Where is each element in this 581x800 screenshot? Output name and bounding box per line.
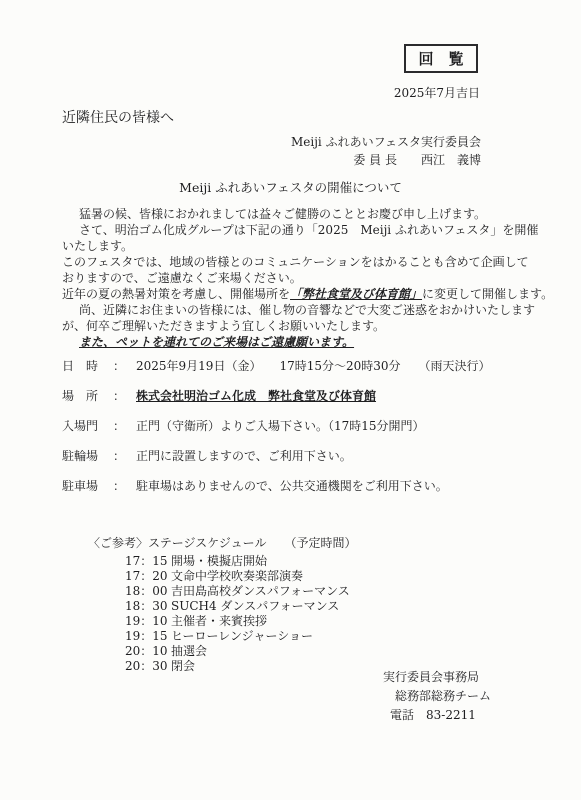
schedule-item: 20：10抽選会 (88, 644, 356, 659)
event-details: 日 時：2025年9月19日（金） 17時15分～20時30分 （雨天決行） 場… (62, 358, 491, 508)
info-row-parking: 駐車場：駐車場はありませんので、公共交通機関をご利用下さい。 (62, 478, 491, 494)
info-separator: ： (102, 388, 136, 404)
schedule-time: 17：20 (125, 569, 171, 584)
body-text: 尚、近隣にお住まいの皆様には、催し物の音響などで大変ご迷惑をおかけいたします (79, 303, 535, 317)
body-text: さて、明治ゴム化成グループは下記の通り「2025 Meiji ふれあいフェスタ」… (79, 223, 538, 237)
info-separator: ： (102, 418, 136, 434)
info-row-place: 場 所：株式会社明治ゴム化成 弊社食堂及び体育館 (62, 388, 491, 404)
pets-notice: また、ペットを連れてのご来場はご遠慮願います。 (79, 335, 354, 349)
circulation-stamp-box: 回 覧 (404, 44, 478, 73)
sender-block: Meiji ふれあいフェスタ実行委員会 委 員 長 西江 義博 (291, 133, 481, 169)
body-line: おりますので、ご遠慮なくご来場ください。 (62, 270, 532, 286)
body-text: このフェスタでは、地域の皆様とのコミュニケーションをはかることも含めて企画して (62, 255, 529, 269)
schedule-item: 20：30閉会 (88, 659, 356, 674)
info-value: 正門に設置しますので、ご利用下さい。 (136, 449, 352, 463)
circulation-stamp-label: 回 覧 (418, 48, 463, 69)
schedule-event: 吉田島高校ダンスパフォーマンス (171, 584, 350, 598)
info-label: 駐車場 (62, 478, 102, 494)
schedule-event: 抽選会 (171, 644, 207, 658)
schedule-item: 17：20文命中学校吹奏楽部演奏 (88, 569, 356, 584)
schedule-time: 20：30 (125, 659, 171, 674)
contact-block: 実行委員会事務局 総務部総務チーム 電話 83-2211 (383, 668, 491, 725)
schedule-item: 18：30SUCH4 ダンスパフォーマンス (88, 599, 356, 614)
schedule-time: 18：00 (125, 584, 171, 599)
schedule-item: 19：15ヒーローレンジャーショー (88, 629, 356, 644)
body-text: いたします。 (62, 239, 133, 253)
info-separator: ： (102, 358, 136, 374)
body-line: が、何卒ご理解いただきますよう宜しくお願いいたします。 (62, 318, 532, 334)
venue-emphasis: 「弊社食堂及び体育館」 (290, 287, 422, 301)
document-page: 回 覧 2025年7月吉日 近隣住民の皆様へ Meiji ふれあいフェスタ実行委… (0, 0, 581, 800)
body-line: 尚、近隣にお住まいの皆様には、催し物の音響などで大変ご迷惑をおかけいたします (62, 302, 532, 318)
info-value: 2025年9月19日（金） 17時15分～20時30分 （雨天決行） (136, 359, 491, 373)
body-line: 近年の夏の熱暑対策を考慮し、開催場所を「弊社食堂及び体育館」に変更して開催します… (62, 286, 532, 302)
body-line: 猛暑の候、皆様におかれましては益々ご健勝のこととお慶び申し上げます。 (62, 206, 532, 222)
info-value: 駐車場はありませんので、公共交通機関をご利用下さい。 (136, 479, 448, 493)
info-label: 日 時 (62, 358, 102, 374)
body-text: に変更して開催します。 (422, 287, 553, 301)
schedule-event: SUCH4 ダンスパフォーマンス (171, 599, 339, 613)
schedule-event: 開場・模擬店開始 (171, 554, 267, 568)
schedule-item: 18：00吉田島高校ダンスパフォーマンス (88, 584, 356, 599)
schedule-event: ヒーローレンジャーショー (171, 629, 313, 643)
schedule-event: 主催者・来賓挨拶 (171, 614, 267, 628)
info-row-gate: 入場門：正門（守衛所）よりご入場下さい。（17時15分開門） (62, 418, 491, 434)
schedule-time: 18：30 (125, 599, 171, 614)
schedule-event: 閉会 (171, 659, 195, 673)
info-value: 正門（守衛所）よりご入場下さい。（17時15分開門） (136, 419, 425, 433)
info-label: 入場門 (62, 418, 102, 434)
issue-date: 2025年7月吉日 (394, 84, 480, 101)
body-line: また、ペットを連れてのご来場はご遠慮願います。 (62, 334, 532, 350)
document-title: Meiji ふれあいフェスタの開催について (0, 178, 581, 196)
body-line: さて、明治ゴム化成グループは下記の通り「2025 Meiji ふれあいフェスタ」… (62, 222, 532, 238)
body-text: が、何卒ご理解いただきますよう宜しくお願いいたします。 (62, 319, 385, 333)
body-line: いたします。 (62, 238, 532, 254)
schedule-time: 19：15 (125, 629, 171, 644)
info-row-bicycle: 駐輪場：正門に設置しますので、ご利用下さい。 (62, 448, 491, 464)
info-label: 駐輪場 (62, 448, 102, 464)
recipient-line: 近隣住民の皆様へ (62, 107, 174, 127)
info-value: 株式会社明治ゴム化成 弊社食堂及び体育館 (136, 389, 376, 403)
sender-org: Meiji ふれあいフェスタ実行委員会 (291, 133, 481, 151)
schedule-item: 19：10主催者・来賓挨拶 (88, 614, 356, 629)
footer-team: 総務部総務チーム (383, 687, 491, 706)
schedule-event: 文命中学校吹奏楽部演奏 (171, 569, 303, 583)
body-text: 猛暑の候、皆様におかれましては益々ご健勝のこととお慶び申し上げます。 (79, 207, 486, 221)
info-label: 場 所 (62, 388, 102, 404)
footer-phone: 電話 83-2211 (383, 706, 491, 725)
body-text: おりますので、ご遠慮なくご来場ください。 (62, 271, 302, 285)
info-separator: ： (102, 448, 136, 464)
stage-schedule: 〈ご参考〉ステージスケジュール （予定時間） 17：15開場・模擬店開始 17：… (88, 536, 356, 674)
schedule-heading: 〈ご参考〉ステージスケジュール （予定時間） (88, 536, 356, 551)
schedule-time: 20：10 (125, 644, 171, 659)
schedule-item: 17：15開場・模擬店開始 (88, 554, 356, 569)
schedule-time: 19：10 (125, 614, 171, 629)
sender-chairman: 委 員 長 西江 義博 (291, 151, 481, 169)
body-paragraph: 猛暑の候、皆様におかれましては益々ご健勝のこととお慶び申し上げます。 さて、明治… (62, 206, 532, 350)
info-separator: ： (102, 478, 136, 494)
info-row-datetime: 日 時：2025年9月19日（金） 17時15分～20時30分 （雨天決行） (62, 358, 491, 374)
footer-office: 実行委員会事務局 (383, 668, 491, 687)
body-text: 近年の夏の熱暑対策を考慮し、開催場所を (62, 287, 290, 301)
schedule-time: 17：15 (125, 554, 171, 569)
body-line: このフェスタでは、地域の皆様とのコミュニケーションをはかることも含めて企画して (62, 254, 532, 270)
